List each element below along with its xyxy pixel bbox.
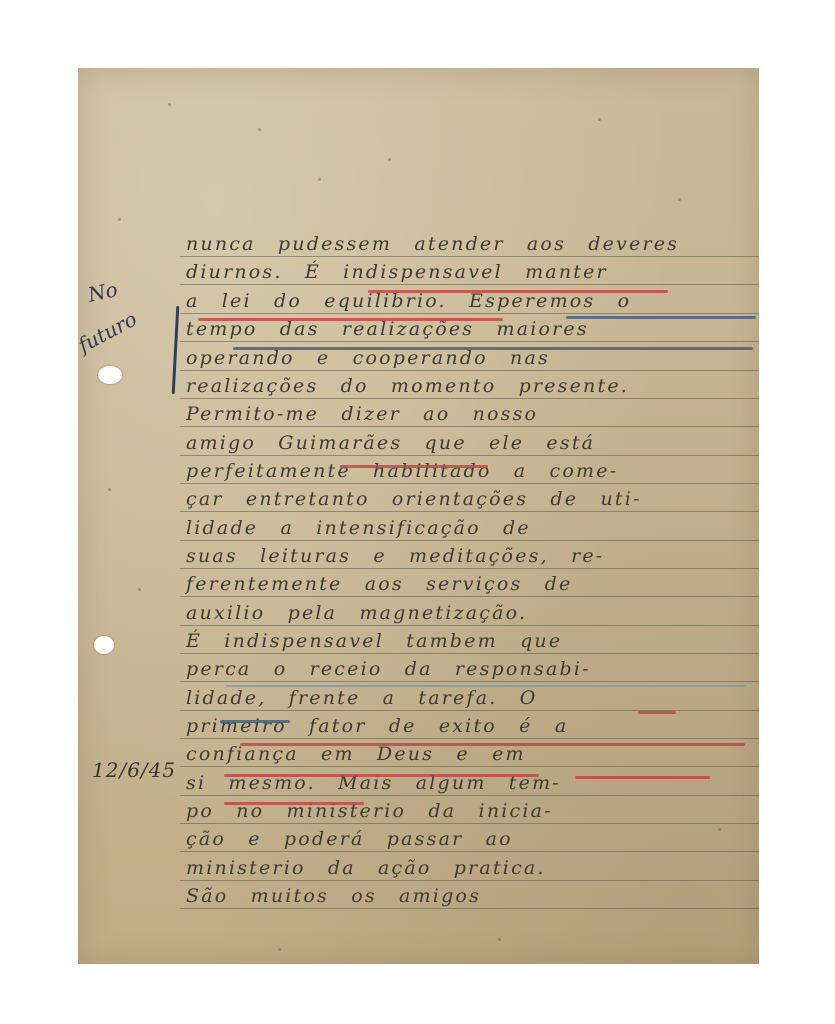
paper-speck [168, 103, 171, 106]
red-underline [368, 290, 668, 293]
punch-hole-top [98, 366, 122, 384]
text-line-11: lidade a intensificação de [186, 514, 756, 542]
blue-underline [233, 347, 753, 350]
red-underline [240, 743, 745, 746]
paper-speck [118, 218, 121, 221]
red-underline [198, 318, 503, 321]
margin-note-line1: No [86, 277, 120, 307]
text-line-13: ferentemente aos serviços de [186, 570, 756, 598]
text-line-17: lidade, frente a tarefa. O [186, 684, 756, 712]
text-line-12: suas leituras e meditações, re- [186, 542, 756, 570]
text-line-24: São muitos os amigos [186, 882, 756, 910]
paper-speck [498, 938, 501, 941]
red-underline [575, 776, 710, 779]
red-underline [340, 465, 488, 468]
text-line-14: auxilio pela magnetização. [186, 599, 756, 627]
paper-speck [258, 128, 261, 131]
text-line-2: diurnos. É indispensavel manter [186, 258, 756, 286]
red-underline [224, 774, 539, 777]
paper-speck [278, 948, 281, 951]
red-underline [638, 711, 676, 714]
manuscript-page: nunca pudessem atender aos deveres diurn… [78, 68, 759, 964]
text-line-1: nunca pudessem atender aos deveres [186, 230, 756, 258]
text-line-15: É indispensavel tambem que [186, 627, 756, 655]
grey-underline [226, 685, 746, 687]
paper-speck [598, 118, 601, 121]
paper-speck [138, 588, 141, 591]
blue-underline [220, 720, 290, 723]
text-line-6: realizações do momento presente. [186, 372, 756, 400]
text-line-7: Permito-me dizer ao nosso [186, 400, 756, 428]
text-line-18: primeiro fator de exito é a [186, 712, 756, 740]
margin-bracket [172, 306, 180, 394]
text-line-9: perfeitamente habilitado a come- [186, 457, 756, 485]
date-note: 12/6/45 [92, 758, 176, 782]
text-line-16: perca o receio da responsabi- [186, 655, 756, 683]
paper-speck [388, 158, 391, 161]
paper-speck [108, 488, 111, 491]
red-underline [224, 802, 364, 805]
text-line-23: ministerio da ação pratica. [186, 854, 756, 882]
punch-hole-bottom [94, 636, 114, 654]
blue-underline [566, 316, 756, 319]
text-line-22: ção e poderá passar ao [186, 825, 756, 853]
text-line-8: amigo Guimarães que ele está [186, 429, 756, 457]
paper-speck [318, 178, 321, 181]
margin-note-line2: futuro [74, 307, 141, 358]
text-line-10: çar entretanto orientações de uti- [186, 485, 756, 513]
paper-speck [678, 198, 681, 201]
